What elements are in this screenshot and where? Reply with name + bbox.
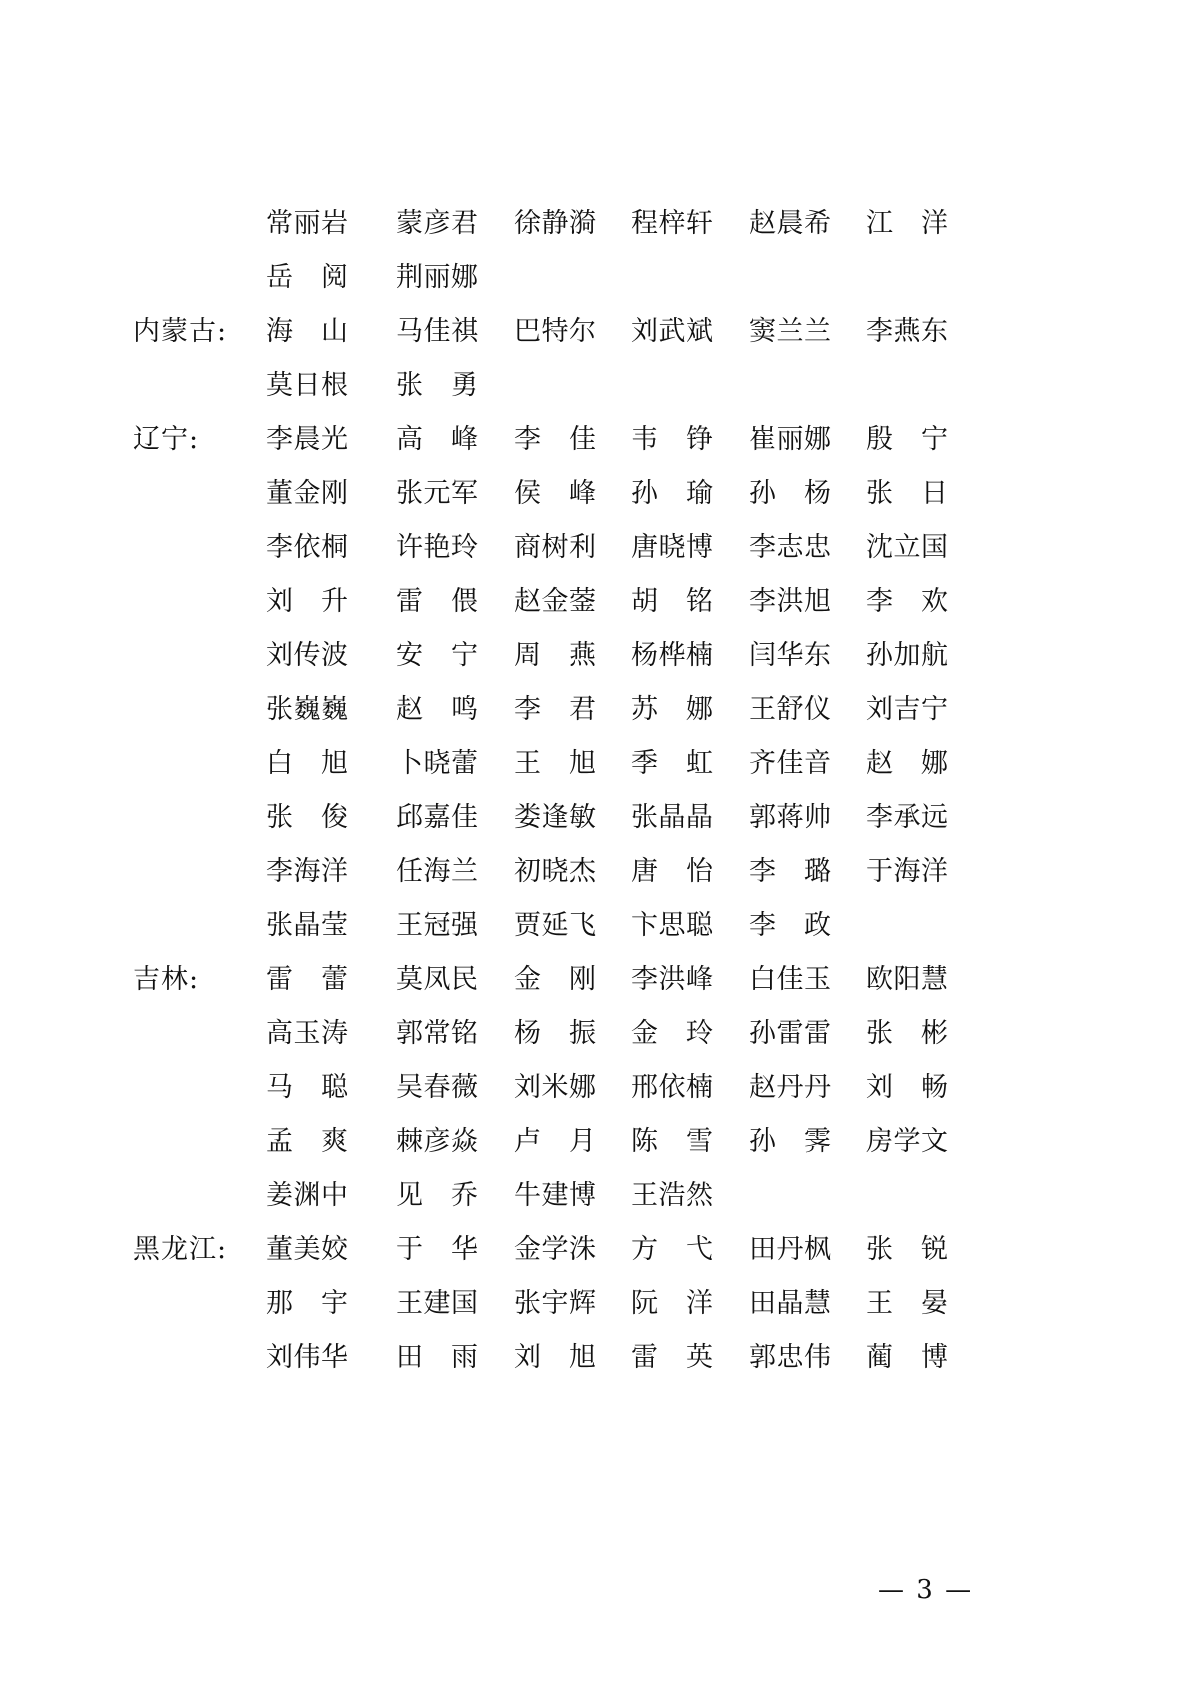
person-name: 董金刚 <box>266 467 348 521</box>
person-name: 刘伟华 <box>266 1331 348 1385</box>
name-row: 李依桐许艳玲商树利唐晓博李志忠沈立国 <box>0 521 1200 575</box>
person-name: 李燕东 <box>866 305 948 359</box>
person-name: 郭忠伟 <box>749 1331 831 1385</box>
name-row: 马聪吴春薇刘米娜邢依楠赵丹丹刘畅 <box>0 1061 1200 1115</box>
name-row: 张晶莹王冠强贾延飞卞思聪李政 <box>0 899 1200 953</box>
person-name: 窦兰兰 <box>749 305 831 359</box>
person-name: 闫华东 <box>749 629 831 683</box>
person-name: 卢月 <box>514 1115 596 1169</box>
person-name: 卞思聪 <box>631 899 713 953</box>
person-name: 蔺博 <box>866 1331 948 1385</box>
person-name: 阮洋 <box>631 1277 713 1331</box>
person-name: 欧阳慧 <box>866 953 948 1007</box>
person-name: 许艳玲 <box>396 521 478 575</box>
person-name: 王浩然 <box>631 1169 713 1223</box>
person-name: 娄逢敏 <box>514 791 596 845</box>
name-row: 高玉涛郭常铭杨振金玲孙雷雷张彬 <box>0 1007 1200 1061</box>
name-row: 李海洋任海兰初晓杰唐怡李璐于海洋 <box>0 845 1200 899</box>
person-name: 崔丽娜 <box>749 413 831 467</box>
person-name: 陈雪 <box>631 1115 713 1169</box>
person-name: 赵丹丹 <box>749 1061 831 1115</box>
person-name: 郭蒋帅 <box>749 791 831 845</box>
person-name: 莫日根 <box>266 359 348 413</box>
person-name: 张宇辉 <box>514 1277 596 1331</box>
name-row: 内蒙古:海山马佳祺巴特尔刘武斌窦兰兰李燕东 <box>0 305 1200 359</box>
person-name: 李志忠 <box>749 521 831 575</box>
person-name: 季虹 <box>631 737 713 791</box>
person-name: 刘旭 <box>514 1331 596 1385</box>
person-name: 刘米娜 <box>514 1061 596 1115</box>
person-name: 李璐 <box>749 845 831 899</box>
person-name: 田晶慧 <box>749 1277 831 1331</box>
name-row: 岳阅荆丽娜 <box>0 251 1200 305</box>
name-row: 姜渊中见乔牛建博王浩然 <box>0 1169 1200 1223</box>
person-name: 那宇 <box>266 1277 348 1331</box>
person-name: 李依桐 <box>266 521 348 575</box>
person-name: 赵鸣 <box>396 683 478 737</box>
person-name: 刘传波 <box>266 629 348 683</box>
person-name: 郭常铭 <box>396 1007 478 1061</box>
document-page: 常丽岩蒙彦君徐静漪程梓轩赵晨希江洋岳阅荆丽娜内蒙古:海山马佳祺巴特尔刘武斌窦兰兰… <box>0 0 1200 1696</box>
person-name: 李海洋 <box>266 845 348 899</box>
person-name: 蒙彦君 <box>396 197 478 251</box>
person-name: 张巍巍 <box>266 683 348 737</box>
person-name: 王晏 <box>866 1277 948 1331</box>
name-row: 孟爽棘彦焱卢月陈雪孙霁房学文 <box>0 1115 1200 1169</box>
person-name: 海山 <box>266 305 348 359</box>
person-name: 安宁 <box>396 629 478 683</box>
person-name: 张勇 <box>396 359 478 413</box>
person-name: 雷英 <box>631 1331 713 1385</box>
person-name: 苏娜 <box>631 683 713 737</box>
person-name: 孙霁 <box>749 1115 831 1169</box>
person-name: 雷蕾 <box>266 953 348 1007</box>
person-name: 田丹枫 <box>749 1223 831 1277</box>
person-name: 高峰 <box>396 413 478 467</box>
person-name: 荆丽娜 <box>396 251 478 305</box>
name-row: 黑龙江:董美姣于华金学洙方弋田丹枫张锐 <box>0 1223 1200 1277</box>
name-row: 吉林:雷蕾莫凤民金刚李洪峰白佳玉欧阳慧 <box>0 953 1200 1007</box>
person-name: 方弋 <box>631 1223 713 1277</box>
person-name: 棘彦焱 <box>396 1115 478 1169</box>
person-name: 邱嘉佳 <box>396 791 478 845</box>
person-name: 殷宁 <box>866 413 948 467</box>
page-number: — 3 — <box>878 1574 973 1606</box>
person-name: 雷偎 <box>396 575 478 629</box>
person-name: 刘升 <box>266 575 348 629</box>
person-name: 侯峰 <box>514 467 596 521</box>
person-name: 马佳祺 <box>396 305 478 359</box>
person-name: 唐怡 <box>631 845 713 899</box>
person-name: 刘武斌 <box>631 305 713 359</box>
person-name: 齐佳音 <box>749 737 831 791</box>
person-name: 李洪峰 <box>631 953 713 1007</box>
person-name: 赵娜 <box>866 737 948 791</box>
person-name: 孙瑜 <box>631 467 713 521</box>
person-name: 张日 <box>866 467 948 521</box>
person-name: 邢依楠 <box>631 1061 713 1115</box>
person-name: 张彬 <box>866 1007 948 1061</box>
person-name: 王建国 <box>396 1277 478 1331</box>
person-name: 孙杨 <box>749 467 831 521</box>
person-name: 常丽岩 <box>266 197 348 251</box>
person-name: 于华 <box>396 1223 478 1277</box>
person-name: 吴春薇 <box>396 1061 478 1115</box>
person-name: 岳阅 <box>266 251 348 305</box>
person-name: 董美姣 <box>266 1223 348 1277</box>
person-name: 巴特尔 <box>514 305 596 359</box>
person-name: 马聪 <box>266 1061 348 1115</box>
person-name: 李承远 <box>866 791 948 845</box>
person-name: 赵金蓥 <box>514 575 596 629</box>
person-name: 姜渊中 <box>266 1169 348 1223</box>
person-name: 唐晓博 <box>631 521 713 575</box>
person-name: 高玉涛 <box>266 1007 348 1061</box>
person-name: 张晶晶 <box>631 791 713 845</box>
name-row: 董金刚张元军侯峰孙瑜孙杨张日 <box>0 467 1200 521</box>
person-name: 房学文 <box>866 1115 948 1169</box>
person-name: 田雨 <box>396 1331 478 1385</box>
person-name: 任海兰 <box>396 845 478 899</box>
name-row: 刘传波安宁周燕杨桦楠闫华东孙加航 <box>0 629 1200 683</box>
name-row: 那宇王建国张宇辉阮洋田晶慧王晏 <box>0 1277 1200 1331</box>
person-name: 张晶莹 <box>266 899 348 953</box>
person-name: 牛建博 <box>514 1169 596 1223</box>
person-name: 徐静漪 <box>514 197 596 251</box>
person-name: 见乔 <box>396 1169 478 1223</box>
person-name: 孙加航 <box>866 629 948 683</box>
person-name: 李洪旭 <box>749 575 831 629</box>
person-name: 周燕 <box>514 629 596 683</box>
name-row: 辽宁:李晨光高峰李佳韦铮崔丽娜殷宁 <box>0 413 1200 467</box>
person-name: 金学洙 <box>514 1223 596 1277</box>
person-name: 张俊 <box>266 791 348 845</box>
person-name: 韦铮 <box>631 413 713 467</box>
person-name: 莫凤民 <box>396 953 478 1007</box>
person-name: 孙雷雷 <box>749 1007 831 1061</box>
person-name: 赵晨希 <box>749 197 831 251</box>
person-name: 程梓轩 <box>631 197 713 251</box>
person-name: 杨振 <box>514 1007 596 1061</box>
person-name: 杨桦楠 <box>631 629 713 683</box>
region-label: 内蒙古: <box>133 305 227 359</box>
person-name: 李君 <box>514 683 596 737</box>
person-name: 李佳 <box>514 413 596 467</box>
person-name: 金刚 <box>514 953 596 1007</box>
person-name: 王冠强 <box>396 899 478 953</box>
region-label: 辽宁: <box>133 413 199 467</box>
person-name: 王旭 <box>514 737 596 791</box>
person-name: 沈立国 <box>866 521 948 575</box>
name-row: 刘升雷偎赵金蓥胡铭李洪旭李欢 <box>0 575 1200 629</box>
person-name: 卜晓蕾 <box>396 737 478 791</box>
person-name: 张锐 <box>866 1223 948 1277</box>
person-name: 刘吉宁 <box>866 683 948 737</box>
person-name: 李晨光 <box>266 413 348 467</box>
name-row: 白旭卜晓蕾王旭季虹齐佳音赵娜 <box>0 737 1200 791</box>
person-name: 贾延飞 <box>514 899 596 953</box>
person-name: 于海洋 <box>866 845 948 899</box>
person-name: 李政 <box>749 899 831 953</box>
person-name: 白佳玉 <box>749 953 831 1007</box>
person-name: 刘畅 <box>866 1061 948 1115</box>
person-name: 金玲 <box>631 1007 713 1061</box>
region-label: 黑龙江: <box>133 1223 227 1277</box>
person-name: 初晓杰 <box>514 845 596 899</box>
name-row: 张俊邱嘉佳娄逢敏张晶晶郭蒋帅李承远 <box>0 791 1200 845</box>
person-name: 王舒仪 <box>749 683 831 737</box>
name-row: 莫日根张勇 <box>0 359 1200 413</box>
person-name: 胡铭 <box>631 575 713 629</box>
region-label: 吉林: <box>133 953 199 1007</box>
person-name: 李欢 <box>866 575 948 629</box>
person-name: 张元军 <box>396 467 478 521</box>
name-row: 常丽岩蒙彦君徐静漪程梓轩赵晨希江洋 <box>0 197 1200 251</box>
person-name: 孟爽 <box>266 1115 348 1169</box>
name-row: 张巍巍赵鸣李君苏娜王舒仪刘吉宁 <box>0 683 1200 737</box>
person-name: 江洋 <box>866 197 948 251</box>
person-name: 商树利 <box>514 521 596 575</box>
name-row: 刘伟华田雨刘旭雷英郭忠伟蔺博 <box>0 1331 1200 1385</box>
person-name: 白旭 <box>266 737 348 791</box>
